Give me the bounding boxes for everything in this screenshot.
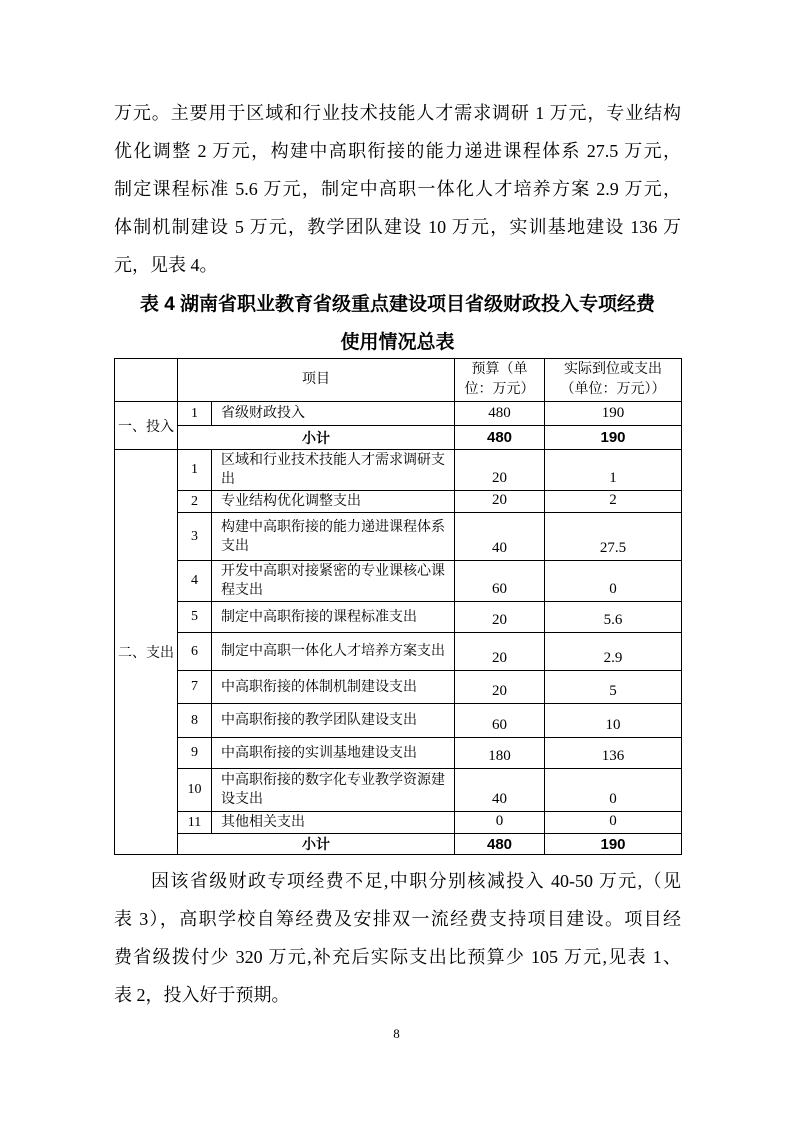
actual-value: 136: [545, 738, 682, 769]
paragraph-line: 因该省级财政专项经费不足,中职分别核减投入 40-50 万元,（见: [114, 862, 681, 900]
table-row: 8 中高职衔接的教学团队建设支出 60 10: [115, 704, 682, 738]
budget-value: 20: [455, 602, 545, 633]
actual-value: 0: [545, 812, 682, 834]
actual-value: 2: [545, 491, 682, 513]
table-row: 6 制定中高职一体化人才培养方案支出 20 2.9: [115, 633, 682, 671]
row-number: 7: [178, 671, 212, 704]
item-name: 制定中高职一体化人才培养方案支出: [212, 633, 455, 671]
budget-value: 40: [455, 513, 545, 561]
table-row: 5 制定中高职衔接的课程标准支出 20 5.6: [115, 602, 682, 633]
paragraph-line: 表 3），高职学校自筹经费及安排双一流经费支持项目建设。项目经: [114, 900, 681, 938]
subtotal-budget: 480: [455, 834, 545, 855]
actual-value: 5.6: [545, 602, 682, 633]
table-row: 10 中高职衔接的数字化专业教学资源建 设支出 40 0: [115, 769, 682, 812]
section-label-expense: 二、支出: [115, 450, 178, 855]
bottom-paragraph: 因该省级财政专项经费不足,中职分别核减投入 40-50 万元,（见 表 3），高…: [114, 862, 681, 1014]
budget-value: 40: [455, 769, 545, 812]
item-name: 开发中高职对接紧密的专业课核心课 程支出: [212, 561, 455, 602]
actual-value: 2.9: [545, 633, 682, 671]
budget-value: 480: [455, 402, 545, 426]
table-row: 7 中高职衔接的体制机制建设支出 20 5: [115, 671, 682, 704]
budget-value: 20: [455, 450, 545, 491]
budget-value: 0: [455, 812, 545, 834]
budget-value: 20: [455, 491, 545, 513]
expense-subtotal-row: 小计 480 190: [115, 834, 682, 855]
income-subtotal-row: 小计 480 190: [115, 426, 682, 450]
paragraph-line: 万元。主要用于区域和行业技术技能人才需求调研 1 万元，专业结构: [114, 94, 681, 132]
item-name: 其他相关支出: [212, 812, 455, 834]
actual-value: 1: [545, 450, 682, 491]
item-name: 中高职衔接的数字化专业教学资源建 设支出: [212, 769, 455, 812]
actual-value: 0: [545, 769, 682, 812]
row-number: 10: [178, 769, 212, 812]
paragraph-line: 费省级拨付少 320 万元,补充后实际支出比预算少 105 万元,见表 1、: [114, 938, 681, 976]
top-paragraph: 万元。主要用于区域和行业技术技能人才需求调研 1 万元，专业结构 优化调整 2 …: [114, 94, 681, 284]
row-number: 1: [178, 402, 212, 426]
page-number: 8: [0, 1026, 793, 1042]
subtotal-actual: 190: [545, 426, 682, 450]
row-number: 1: [178, 450, 212, 491]
table-row: 4 开发中高职对接紧密的专业课核心课 程支出 60 0: [115, 561, 682, 602]
row-number: 3: [178, 513, 212, 561]
budget-value: 60: [455, 704, 545, 738]
table-row: 一、投入 1 省级财政投入 480 190: [115, 402, 682, 426]
item-name: 区域和行业技术技能人才需求调研支 出: [212, 450, 455, 491]
actual-value: 27.5: [545, 513, 682, 561]
budget-value: 20: [455, 633, 545, 671]
table-row: 11 其他相关支出 0 0: [115, 812, 682, 834]
row-number: 8: [178, 704, 212, 738]
row-number: 2: [178, 491, 212, 513]
header-category-cell: [115, 359, 178, 402]
table-row: 二、支出 1 区域和行业技术技能人才需求调研支 出 20 1: [115, 450, 682, 491]
item-name: 中高职衔接的实训基地建设支出: [212, 738, 455, 769]
paragraph-line: 优化调整 2 万元，构建中高职衔接的能力递进课程体系 27.5 万元，: [114, 132, 681, 170]
item-name: 构建中高职衔接的能力递进课程体系 支出: [212, 513, 455, 561]
paragraph-line: 体制机制建设 5 万元，教学团队建设 10 万元，实训基地建设 136 万: [114, 208, 681, 246]
table-4-title: 表 4 湖南省职业教育省级重点建设项目省级财政投入专项经费 使用情况总表: [114, 286, 681, 362]
header-actual: 实际到位或支出 （单位：万元））: [545, 359, 682, 402]
subtotal-actual: 190: [545, 834, 682, 855]
table-header-row: 项目 预算（单 位：万元） 实际到位或支出 （单位：万元））: [115, 359, 682, 402]
table-row: 3 构建中高职衔接的能力递进课程体系 支出 40 27.5: [115, 513, 682, 561]
actual-value: 10: [545, 704, 682, 738]
subtotal-budget: 480: [455, 426, 545, 450]
actual-value: 0: [545, 561, 682, 602]
item-name: 省级财政投入: [212, 402, 455, 426]
item-name: 中高职衔接的教学团队建设支出: [212, 704, 455, 738]
paragraph-line: 制定课程标准 5.6 万元，制定中高职一体化人才培养方案 2.9 万元，: [114, 170, 681, 208]
subtotal-label: 小计: [178, 426, 455, 450]
subtotal-label: 小计: [178, 834, 455, 855]
header-item: 项目: [178, 359, 455, 402]
budget-value: 60: [455, 561, 545, 602]
row-number: 6: [178, 633, 212, 671]
row-number: 4: [178, 561, 212, 602]
header-budget: 预算（单 位：万元）: [455, 359, 545, 402]
item-name: 中高职衔接的体制机制建设支出: [212, 671, 455, 704]
table-row: 9 中高职衔接的实训基地建设支出 180 136: [115, 738, 682, 769]
row-number: 9: [178, 738, 212, 769]
actual-value: 5: [545, 671, 682, 704]
paragraph-line: 表 2，投入好于预期。: [114, 976, 681, 1014]
row-number: 11: [178, 812, 212, 834]
row-number: 5: [178, 602, 212, 633]
section-label-income: 一、投入: [115, 402, 178, 450]
budget-value: 180: [455, 738, 545, 769]
table-row: 2 专业结构优化调整支出 20 2: [115, 491, 682, 513]
table-title-line-1: 表 4 湖南省职业教育省级重点建设项目省级财政投入专项经费: [114, 286, 681, 324]
item-name: 制定中高职衔接的课程标准支出: [212, 602, 455, 633]
paragraph-line: 元，见表 4。: [114, 246, 681, 284]
document-page: 万元。主要用于区域和行业技术技能人才需求调研 1 万元，专业结构 优化调整 2 …: [0, 0, 793, 1122]
funding-summary-table: 项目 预算（单 位：万元） 实际到位或支出 （单位：万元）） 一、投入 1 省级…: [114, 358, 682, 855]
item-name: 专业结构优化调整支出: [212, 491, 455, 513]
budget-value: 20: [455, 671, 545, 704]
actual-value: 190: [545, 402, 682, 426]
table-title-line-2: 使用情况总表: [114, 324, 681, 362]
